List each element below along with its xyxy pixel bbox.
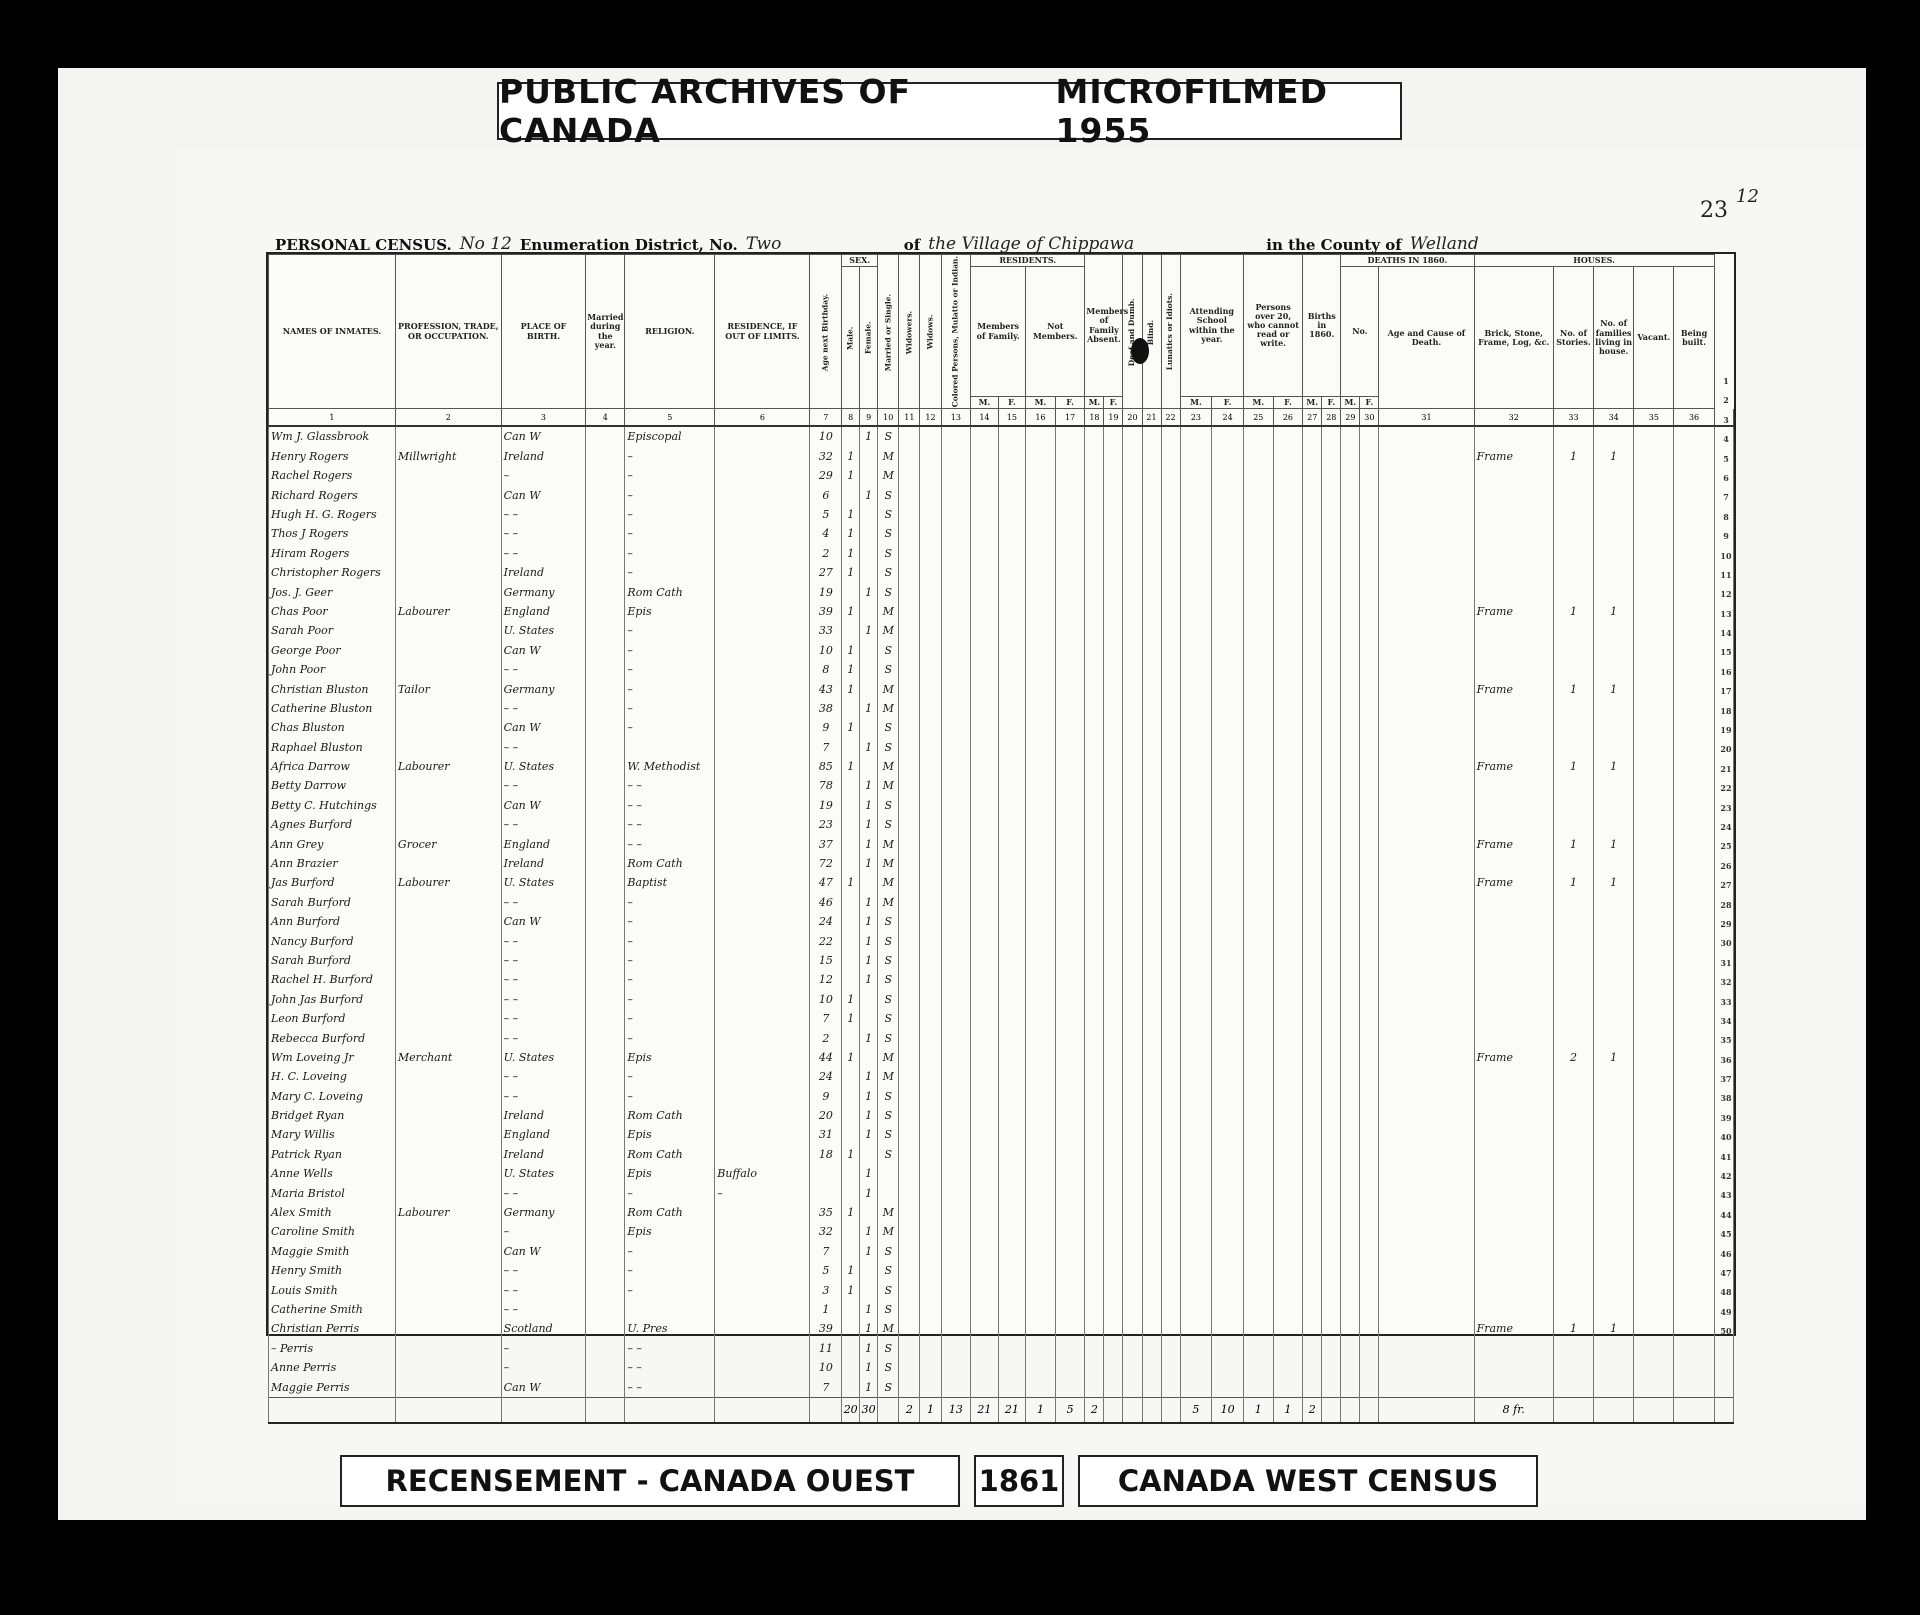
- column-number: 18: [1085, 409, 1104, 427]
- cell: [941, 854, 971, 873]
- cell-age: 46: [810, 893, 842, 912]
- cell-stories: [1553, 970, 1593, 989]
- cell-religion: –: [625, 447, 715, 466]
- cell: [971, 1145, 998, 1164]
- cell-marital-status: M: [878, 873, 899, 892]
- cell-birthplace: Ireland: [501, 1145, 586, 1164]
- column-number: 14: [971, 409, 998, 427]
- table-row: Anne WellsU. StatesEpisBuffalo1: [269, 1164, 1734, 1183]
- cell: [920, 1300, 941, 1319]
- cell: [1104, 1339, 1123, 1358]
- cell-stories: [1553, 796, 1593, 815]
- cell-female: 1: [860, 1183, 878, 1202]
- cell-male: 1: [842, 466, 860, 485]
- cell: [1055, 679, 1085, 698]
- cell: [1634, 485, 1674, 504]
- table-row: Catherine Bluston– ––381M: [269, 699, 1734, 718]
- cell: [941, 834, 971, 853]
- cell: [1360, 563, 1379, 582]
- cell-birthplace: U. States: [501, 1048, 586, 1067]
- cell: [1341, 873, 1360, 892]
- cell-marital-status: S: [878, 1009, 899, 1028]
- cell-families: [1594, 796, 1634, 815]
- header-vacant: Vacant.: [1634, 267, 1674, 409]
- cell: [1104, 834, 1123, 853]
- header-notmembers-f: F.: [1055, 397, 1085, 409]
- cell: [1161, 447, 1180, 466]
- cell-marital-status: M: [878, 776, 899, 795]
- table-row: Sarah Burford– ––461M: [269, 893, 1734, 912]
- table-row: – Perris–– –111S: [269, 1339, 1734, 1358]
- cell-marital-status: S: [878, 1087, 899, 1106]
- cell-house-type: [1474, 582, 1553, 601]
- cell-religion: –: [625, 563, 715, 582]
- cell-families: [1594, 970, 1634, 989]
- cell: [1273, 1028, 1303, 1047]
- cell: [1360, 426, 1379, 446]
- cell-marital-status: S: [878, 544, 899, 563]
- cell: [1341, 737, 1360, 756]
- cell-house-type: Frame: [1474, 1048, 1553, 1067]
- cell: [899, 544, 920, 563]
- column-number: 28: [1322, 409, 1341, 427]
- cell: [1104, 524, 1123, 543]
- cell-house-type: [1474, 1339, 1553, 1358]
- cell-house-type: [1474, 737, 1553, 756]
- cell-house-type: [1474, 1183, 1553, 1202]
- header-deaf: Deaf and Dumb.: [1123, 255, 1142, 409]
- cell: [1142, 1106, 1161, 1125]
- cell: [1026, 893, 1056, 912]
- cell: [941, 1300, 971, 1319]
- cell-male: [842, 1242, 860, 1261]
- cell-occupation: [395, 776, 501, 795]
- cell: [971, 854, 998, 873]
- cell-name: Maria Bristol: [269, 1183, 396, 1202]
- cell: [899, 1145, 920, 1164]
- header-families: No. of families living in house.: [1594, 267, 1634, 409]
- cell: [1123, 544, 1142, 563]
- cell-name: Mary C. Loveing: [269, 1087, 396, 1106]
- cell: [1341, 1261, 1360, 1280]
- cell-occupation: Millwright: [395, 447, 501, 466]
- cell: [1303, 1125, 1322, 1144]
- cell: [971, 679, 998, 698]
- cell: [1142, 466, 1161, 485]
- cell: [1161, 544, 1180, 563]
- cell-female: [860, 757, 878, 776]
- header-deaths-no: No.: [1341, 267, 1379, 397]
- cell: [1104, 641, 1123, 660]
- cell: [971, 1028, 998, 1047]
- cell-married: [586, 1067, 625, 1086]
- cell: [1674, 485, 1714, 504]
- cell-male: 1: [842, 757, 860, 776]
- cell: [998, 1203, 1025, 1222]
- cell: [1142, 1377, 1161, 1397]
- cell: [1303, 873, 1322, 892]
- cell-occupation: [395, 466, 501, 485]
- cell: [1674, 1377, 1714, 1397]
- cell: [998, 1319, 1025, 1338]
- cell: [1055, 485, 1085, 504]
- cell-marital-status: S: [878, 931, 899, 950]
- cell-occupation: [395, 1164, 501, 1183]
- cell-stories: [1553, 563, 1593, 582]
- cell-residence: [715, 505, 810, 524]
- cell: [1085, 854, 1104, 873]
- cell: [1341, 466, 1360, 485]
- cell: [1212, 815, 1244, 834]
- cell-birthplace: U. States: [501, 757, 586, 776]
- cell: [1212, 447, 1244, 466]
- column-number: 25: [1244, 409, 1274, 427]
- cell: [1212, 970, 1244, 989]
- cell: [1674, 1242, 1714, 1261]
- cell-age: 7: [810, 737, 842, 756]
- cell: [1180, 660, 1212, 679]
- cell: [1055, 582, 1085, 601]
- cell: [1085, 737, 1104, 756]
- cell: [998, 757, 1025, 776]
- cell: [1273, 893, 1303, 912]
- cell: [1104, 873, 1123, 892]
- cell: [1634, 1087, 1674, 1106]
- cell: [1273, 621, 1303, 640]
- cell: [1322, 1261, 1341, 1280]
- cell: [1212, 1358, 1244, 1377]
- cell: [899, 563, 920, 582]
- cell-occupation: [395, 1106, 501, 1125]
- cell: [1123, 1028, 1142, 1047]
- cell: [1142, 718, 1161, 737]
- cell: [1180, 1048, 1212, 1067]
- archive-banner: PUBLIC ARCHIVES OF CANADA MICROFILMED 19…: [497, 82, 1402, 140]
- cell: [1379, 563, 1474, 582]
- cell-married: [586, 776, 625, 795]
- cell-house-type: [1474, 1028, 1553, 1047]
- cell: [1123, 563, 1142, 582]
- cell-occupation: [395, 485, 501, 504]
- cell: [1634, 1222, 1674, 1241]
- cell: [1142, 447, 1161, 466]
- cell-married: [586, 621, 625, 640]
- cell: [920, 1009, 941, 1028]
- header-residents: RESIDENTS.: [971, 255, 1085, 267]
- cell-birthplace: Ireland: [501, 854, 586, 873]
- cell: [1161, 466, 1180, 485]
- cell: [941, 1319, 971, 1338]
- cell: [971, 1203, 998, 1222]
- cell: [941, 426, 971, 446]
- cell-religion: [625, 1300, 715, 1319]
- cell-religion: –: [625, 970, 715, 989]
- cell-marital-status: S: [878, 1280, 899, 1299]
- cell-families: [1594, 854, 1634, 873]
- cell-religion: Rom Cath: [625, 1106, 715, 1125]
- cell: [920, 641, 941, 660]
- line-number: 6: [1718, 469, 1734, 488]
- cell: [920, 1164, 941, 1183]
- cell: [1161, 1125, 1180, 1144]
- cell-name: Sarah Burford: [269, 951, 396, 970]
- cell-marital-status: M: [878, 679, 899, 698]
- cell: [1273, 1242, 1303, 1261]
- cell-occupation: [395, 1125, 501, 1144]
- cell: [1674, 466, 1714, 485]
- cell: [1085, 1106, 1104, 1125]
- cell: [1341, 1164, 1360, 1183]
- cell: [1674, 834, 1714, 853]
- cell: [1161, 893, 1180, 912]
- cell: [1123, 737, 1142, 756]
- cell-married: [586, 699, 625, 718]
- cell-stories: [1553, 931, 1593, 950]
- cell: [971, 1280, 998, 1299]
- cell: [1360, 1339, 1379, 1358]
- cell: [1026, 1028, 1056, 1047]
- cell: [1142, 1067, 1161, 1086]
- cell-occupation: [395, 582, 501, 601]
- cell: [1123, 447, 1142, 466]
- cell: [971, 1339, 998, 1358]
- cell-married: [586, 951, 625, 970]
- cell: [920, 1377, 941, 1397]
- cell-age: 5: [810, 1261, 842, 1280]
- cell: [1379, 1300, 1474, 1319]
- cell: [1303, 1106, 1322, 1125]
- cell: [1055, 1300, 1085, 1319]
- cell: [920, 466, 941, 485]
- cell-occupation: [395, 970, 501, 989]
- cell: [1161, 718, 1180, 737]
- cell-female: 1: [860, 426, 878, 446]
- cell: [971, 563, 998, 582]
- cell: [1026, 1261, 1056, 1280]
- line-number: 43: [1718, 1186, 1734, 1205]
- table-row: Patrick RyanIrelandRom Cath181S: [269, 1145, 1734, 1164]
- cell-name: Henry Rogers: [269, 447, 396, 466]
- cell: [1341, 1242, 1360, 1261]
- cell: [1104, 1009, 1123, 1028]
- cell-married: [586, 1183, 625, 1202]
- cell-age: [810, 1164, 842, 1183]
- cell: [1212, 1319, 1244, 1338]
- table-row: Agnes Burford– –– –231S: [269, 815, 1734, 834]
- cell: [1212, 834, 1244, 853]
- cell-families: [1594, 931, 1634, 950]
- cell: [899, 776, 920, 795]
- cell-religion: – –: [625, 1339, 715, 1358]
- cell: [1360, 893, 1379, 912]
- cell-occupation: [395, 641, 501, 660]
- cell-house-type: [1474, 776, 1553, 795]
- cell-occupation: [395, 1009, 501, 1028]
- cell-age: 32: [810, 447, 842, 466]
- cell-female: 1: [860, 834, 878, 853]
- cell-birthplace: Ireland: [501, 447, 586, 466]
- cell: [1360, 1358, 1379, 1377]
- cell: [971, 776, 998, 795]
- cell: [1379, 1125, 1474, 1144]
- cell-age: 10: [810, 641, 842, 660]
- cell: [1104, 1106, 1123, 1125]
- cell: [1360, 641, 1379, 660]
- cell-stories: 1: [1553, 834, 1593, 853]
- header-members-f: F.: [998, 397, 1025, 409]
- cell-house-type: Frame: [1474, 873, 1553, 892]
- cell-marital-status: S: [878, 815, 899, 834]
- cell: [1244, 621, 1274, 640]
- cell-occupation: [395, 796, 501, 815]
- cell: [1180, 1377, 1212, 1397]
- cell: [1360, 582, 1379, 601]
- cell-residence: [715, 951, 810, 970]
- cell: [1360, 1164, 1379, 1183]
- cell-name: Ann Grey: [269, 834, 396, 853]
- column-number: 19: [1104, 409, 1123, 427]
- cell-female: 1: [860, 1164, 878, 1183]
- cell: [1379, 699, 1474, 718]
- cell: [971, 951, 998, 970]
- cell: [1161, 1339, 1180, 1358]
- line-number: 35: [1718, 1031, 1734, 1050]
- cell: [1026, 1377, 1056, 1397]
- cell: [1085, 873, 1104, 892]
- cell: [899, 485, 920, 504]
- cell: [899, 582, 920, 601]
- line-number: 19: [1718, 721, 1734, 740]
- cell-occupation: [395, 1183, 501, 1202]
- total-female: 30: [860, 1397, 878, 1423]
- header-sex: SEX.: [842, 255, 878, 267]
- cell: [1161, 1087, 1180, 1106]
- cell-residence: [715, 990, 810, 1009]
- cell: [941, 718, 971, 737]
- column-number: 1: [269, 409, 396, 427]
- cell: [1212, 1280, 1244, 1299]
- cell: [1244, 544, 1274, 563]
- cell: [1085, 660, 1104, 679]
- cell-birthplace: Can W: [501, 426, 586, 446]
- cell: [1379, 931, 1474, 950]
- cell: [1142, 1203, 1161, 1222]
- cell: [1104, 1183, 1123, 1202]
- cell: [1303, 524, 1322, 543]
- cell: [1085, 641, 1104, 660]
- cell: [1142, 1319, 1161, 1338]
- cell: [1161, 641, 1180, 660]
- cell-stories: [1553, 776, 1593, 795]
- cell: [1180, 815, 1212, 834]
- line-number: 32: [1718, 973, 1734, 992]
- cell: [1273, 602, 1303, 621]
- cell-male: [842, 426, 860, 446]
- cell-male: [842, 621, 860, 640]
- cell: [1341, 1087, 1360, 1106]
- cell: [1161, 1048, 1180, 1067]
- cell: [1379, 737, 1474, 756]
- cell: [1142, 834, 1161, 853]
- cell: [920, 582, 941, 601]
- cell: [1341, 582, 1360, 601]
- cell-age: 78: [810, 776, 842, 795]
- cell: [1180, 854, 1212, 873]
- cell: [998, 505, 1025, 524]
- cell: [1180, 893, 1212, 912]
- cell-house-type: Frame: [1474, 679, 1553, 698]
- header-being-built: Being built.: [1674, 267, 1714, 409]
- cell: [1379, 582, 1474, 601]
- cell-residence: [715, 485, 810, 504]
- cell: [1055, 1048, 1085, 1067]
- cell-marital-status: S: [878, 582, 899, 601]
- cell: [1341, 931, 1360, 950]
- cell: [1123, 1319, 1142, 1338]
- column-number: 22: [1161, 409, 1180, 427]
- cell: [998, 1183, 1025, 1202]
- cell-married: [586, 912, 625, 931]
- cell: [1634, 1106, 1674, 1125]
- cell-married: [586, 1106, 625, 1125]
- cell: [998, 1048, 1025, 1067]
- cell: [1341, 1280, 1360, 1299]
- cell-birthplace: U. States: [501, 873, 586, 892]
- cell-residence: [715, 1009, 810, 1028]
- cell: [1341, 447, 1360, 466]
- cell-house-type: [1474, 990, 1553, 1009]
- cell-stories: [1553, 1300, 1593, 1319]
- cell-name: Henry Smith: [269, 1261, 396, 1280]
- cell: [1379, 447, 1474, 466]
- cell: [1674, 776, 1714, 795]
- cell: [1161, 834, 1180, 853]
- cell-marital-status: M: [878, 1222, 899, 1241]
- cell: [1634, 1009, 1674, 1028]
- cell: [1180, 679, 1212, 698]
- cell-married: [586, 524, 625, 543]
- cell: [1161, 1300, 1180, 1319]
- cell: [1303, 1028, 1322, 1047]
- cell-male: [842, 1377, 860, 1397]
- cell: [1273, 931, 1303, 950]
- cell: [1322, 931, 1341, 950]
- cell: [1123, 1087, 1142, 1106]
- cell: [941, 660, 971, 679]
- cell: [1085, 912, 1104, 931]
- cell-age: 8: [810, 660, 842, 679]
- cell: [1180, 737, 1212, 756]
- cell-stories: [1553, 1358, 1593, 1377]
- cell-religion: – –: [625, 1377, 715, 1397]
- cell: [1123, 1009, 1142, 1028]
- cell-age: 33: [810, 621, 842, 640]
- cell-marital-status: S: [878, 660, 899, 679]
- cell: [1634, 1183, 1674, 1202]
- cell-religion: – –: [625, 776, 715, 795]
- line-number: 26: [1718, 857, 1734, 876]
- line-number: 4: [1718, 430, 1734, 449]
- total-illit_f: 1: [1273, 1397, 1303, 1423]
- cell: [1322, 1280, 1341, 1299]
- cell-female: 1: [860, 970, 878, 989]
- cell: [1085, 1145, 1104, 1164]
- cell: [1085, 466, 1104, 485]
- cell: [941, 1358, 971, 1377]
- table-row: Christian BlustonTailorGermany–431MFrame…: [269, 679, 1734, 698]
- cell: [1055, 1377, 1085, 1397]
- cell-families: [1594, 699, 1634, 718]
